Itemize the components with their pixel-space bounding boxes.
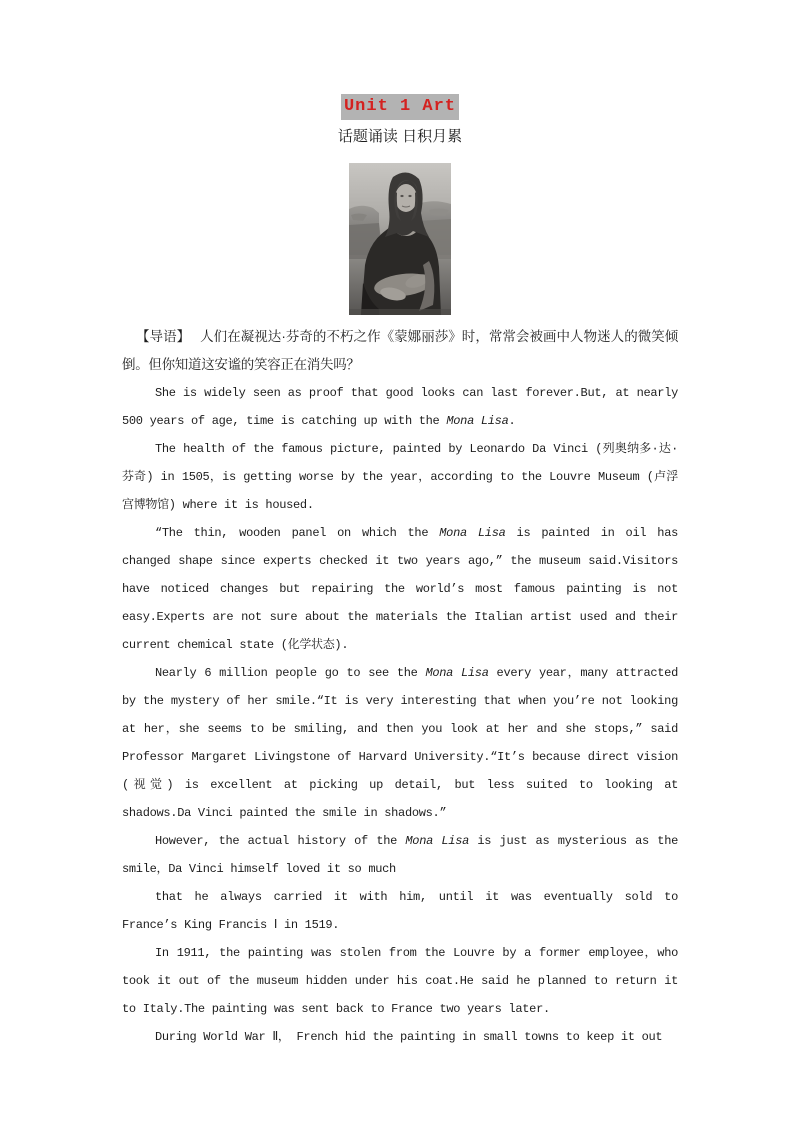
paragraph: During World War Ⅱ， French hid the paint… xyxy=(122,1023,678,1051)
italic-text: Mona Lisa xyxy=(439,526,505,540)
paragraph: The health of the famous picture, painte… xyxy=(122,435,678,519)
text-run: Nearly 6 million people go to see the xyxy=(155,666,425,680)
text-run: “The thin, wooden panel on which the xyxy=(155,526,439,540)
text-run: She is widely seen as proof that good lo… xyxy=(122,386,678,428)
intro-text: 人们在凝视达·芬奇的不朽之作《蒙娜丽莎》时，常常会被画中人物迷人的微笑倾倒。但你… xyxy=(122,329,678,372)
text-run: However, the actual history of the xyxy=(155,834,405,848)
text-run: In 1911, the painting was stolen from th… xyxy=(122,946,678,1016)
text-run: During World War Ⅱ， French hid the paint… xyxy=(155,1030,662,1044)
mona-lisa-painting-svg xyxy=(349,163,451,315)
section-subtitle: 话题诵读 日积月累 xyxy=(0,125,800,149)
text-run: is painted in oil has changed shape sinc… xyxy=(122,526,678,652)
italic-text: Mona Lisa xyxy=(405,834,469,848)
paragraph: However, the actual history of the Mona … xyxy=(122,827,678,883)
text-run: The health of the famous picture, painte… xyxy=(122,442,678,512)
italic-text: Mona Lisa xyxy=(425,666,488,680)
italic-text: Mona Lisa xyxy=(446,414,508,428)
paragraph: “The thin, wooden panel on which the Mon… xyxy=(122,519,678,659)
text-run: every year，many attracted by the mystery… xyxy=(122,666,678,820)
text-run: . xyxy=(508,414,515,428)
intro-label: 【导语】 xyxy=(136,329,190,344)
document-page: Unit 1 Art 话题诵读 日积月累 xyxy=(0,0,800,1132)
figure-row xyxy=(0,163,800,315)
paragraph: In 1911, the painting was stolen from th… xyxy=(122,939,678,1023)
paragraph: that he always carried it with him, unti… xyxy=(122,883,678,939)
mona-lisa-image xyxy=(349,163,451,315)
text-run: that he always carried it with him, unti… xyxy=(122,890,678,932)
intro-paragraph: 【导语】人们在凝视达·芬奇的不朽之作《蒙娜丽莎》时，常常会被画中人物迷人的微笑倾… xyxy=(122,323,678,379)
paragraph: She is widely seen as proof that good lo… xyxy=(122,379,678,435)
article: 【导语】人们在凝视达·芬奇的不朽之作《蒙娜丽莎》时，常常会被画中人物迷人的微笑倾… xyxy=(122,323,678,1051)
paragraph: Nearly 6 million people go to see the Mo… xyxy=(122,659,678,827)
title-row: Unit 1 Art xyxy=(0,0,800,120)
unit-title: Unit 1 Art xyxy=(341,94,459,120)
